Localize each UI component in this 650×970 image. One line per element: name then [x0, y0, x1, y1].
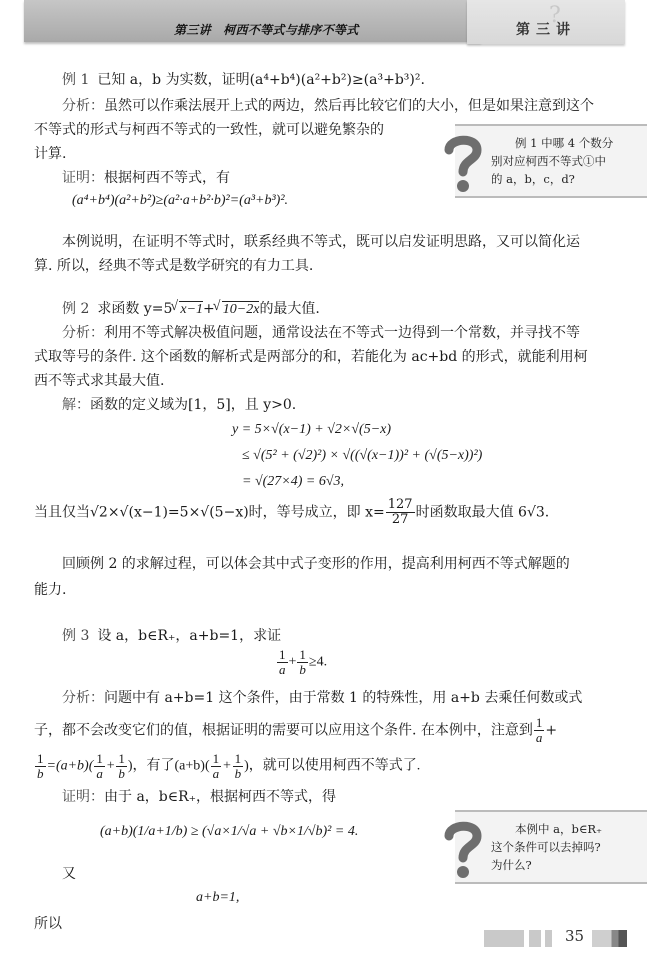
- hint1-line2: 别对应柯西不等式①中: [491, 152, 643, 170]
- example3-proof-line: 证明：由于 a，b∈R₊，根据柯西不等式，得: [62, 785, 336, 809]
- example3-condition: a+b=1,: [196, 886, 239, 910]
- footer-decor-bar: [545, 930, 552, 947]
- frac-num: 1: [534, 716, 545, 731]
- example1-analysis-line2: 不等式的形式与柯西不等式的一致性，就可以避免繁杂的: [34, 118, 384, 142]
- fraction-1-over-b: 1b: [297, 648, 308, 677]
- frac-num: 1: [94, 752, 105, 767]
- example2-equality-post: 时函数取最大值 6√3.: [416, 505, 550, 521]
- running-title: 第三讲 柯西不等式与排序不等式: [174, 21, 359, 38]
- example3-analysis-line1: 分析：问题中有 a+b=1 这个条件，由于常数 1 的特殊性，用 a+b 去乘任…: [62, 686, 582, 710]
- frac-num: 1: [211, 752, 222, 767]
- example2-text-pre: 求函数 y=5: [97, 301, 172, 317]
- fraction-127-27: 12727: [386, 498, 415, 527]
- fraction-1-over-b: 1b: [233, 752, 244, 781]
- example2-step2: ≤ √(5² + (√2)²) × √((√(x−1))² + (√(5−x))…: [242, 444, 482, 468]
- frac-den: b: [35, 767, 46, 781]
- frac-num: 1: [116, 752, 127, 767]
- frac-den: b: [297, 663, 308, 677]
- hint-text-example1: 例 1 中哪 4 个数分 别对应柯西不等式①中 的 a，b，c，d?: [491, 134, 643, 188]
- frac-den: b: [116, 767, 127, 781]
- frac-num: 1: [35, 752, 46, 767]
- example2-label: 例 2: [62, 301, 89, 317]
- example3-analysis-line2: 子，都不会改变它们的值，根据证明的需要可以应用这个条件. 在本例中，注意到1a+: [34, 716, 557, 745]
- chapter-tab-label: 第三讲: [467, 19, 625, 39]
- question-mark-icon: [441, 134, 483, 194]
- remark2-line2: 能力.: [34, 578, 66, 602]
- footer-decor-bar: [484, 930, 524, 947]
- example1-proof-line: 证明：根据柯西不等式，有: [62, 166, 230, 190]
- example3-proof-label: 证明：: [62, 789, 104, 805]
- hint2-line2: 这个条件可以去掉吗?: [491, 838, 643, 856]
- frac-num: 1: [297, 648, 308, 663]
- fraction-1-over-a: 1a: [211, 752, 222, 781]
- example2-analysis-line3: 西不等式求其最大值.: [34, 369, 164, 393]
- example1-analysis-label: 分析：: [62, 98, 104, 114]
- example2-solution: 解：函数的定义域为[1，5]，且 y>0.: [62, 393, 296, 417]
- remark2-line1: 回顾例 2 的求解过程，可以体会其中式子变形的作用，提高利用柯西不等式解题的: [62, 552, 570, 576]
- fraction-1-over-a: 1a: [534, 716, 545, 745]
- frac-den: a: [94, 767, 105, 781]
- frac-num: 1: [277, 648, 288, 663]
- example3-goal: 1a+1b≥4.: [276, 648, 327, 677]
- goal-end: ≥4.: [309, 655, 327, 670]
- example1-analysis-text1: 虽然可以作乘法展开上式的两边，然后再比较它们的大小，但是如果注意到这个: [104, 98, 594, 114]
- example2-equality: 当且仅当√2×√(x−1)=5×√(5−x)时，等号成立，即 x=12727时函…: [34, 498, 549, 527]
- frac-den: a: [534, 731, 545, 745]
- example1-proof-formula: (a⁴+b⁴)(a²+b²)≥(a²·a+b²·b)²=(a³+b³)².: [72, 189, 288, 213]
- example3-statement: 例 3设 a，b∈R₊，a+b=1，求证: [62, 624, 281, 648]
- hint2-line3: 为什么?: [491, 856, 643, 874]
- example2-step3: = √(27×4) = 6√3,: [242, 470, 344, 494]
- line3-part-b: )，有了(a+b)(: [128, 759, 210, 774]
- remark1-line1: 本例说明，在证明不等式时，联系经典不等式，既可以启发证明思路，又可以简化运: [62, 230, 580, 254]
- example3-again: 又: [62, 862, 76, 886]
- example1-analysis-line1: 分析：虽然可以作乘法展开上式的两边，然后再比较它们的大小，但是如果注意到这个: [62, 94, 622, 118]
- example3-label: 例 3: [62, 628, 89, 644]
- frac-den: 27: [390, 513, 411, 527]
- fraction-1-over-a: 1a: [277, 648, 288, 677]
- example2-solution-label: 解：: [62, 397, 90, 413]
- example2-sqrt1: x−1: [179, 301, 203, 317]
- frac-den: b: [233, 767, 244, 781]
- example3-therefore: 所以: [34, 912, 62, 936]
- question-mark-icon: [441, 820, 483, 880]
- example3-analysis-text2: 子，都不会改变它们的值，根据证明的需要可以应用这个条件. 在本例中，注意到: [34, 723, 533, 739]
- fraction-1-over-b: 1b: [116, 752, 127, 781]
- chapter-tab: ? 第三讲: [467, 0, 625, 44]
- hint-box-example1: 例 1 中哪 4 个数分 别对应柯西不等式①中 的 a，b，c，d?: [455, 124, 647, 198]
- example3-text: 设 a，b∈R₊，a+b=1，求证: [97, 628, 281, 644]
- example3-analysis-text1: 问题中有 a+b=1 这个条件，由于常数 1 的特殊性，用 a+b 去乘任何数或…: [104, 690, 582, 706]
- fraction-1-over-b: 1b: [35, 752, 46, 781]
- example2-analysis-line2: 式取等号的条件. 这个函数的解析式是两部分的和，若能化为 ac+bd 的形式，就…: [34, 345, 588, 369]
- line3-part-a: =(a+b)(: [47, 759, 94, 774]
- fraction-1-over-a: 1a: [94, 752, 105, 781]
- example2-analysis-line1: 分析：利用不等式解决极值问题，通常设法在不等式一边得到一个常数，并寻找不等: [62, 321, 580, 345]
- example2-sqrt2: 10−2x: [222, 301, 260, 317]
- example1-analysis-line3: 计算.: [34, 142, 66, 166]
- hint1-line3: 的 a，b，c，d?: [491, 170, 643, 188]
- remark1-line2: 算. 所以，经典不等式是数学研究的有力工具.: [34, 254, 313, 278]
- page-number: 35: [565, 927, 584, 945]
- line3-part-c: )，就可以使用柯西不等式了.: [244, 759, 420, 774]
- footer-decor-bar: [529, 930, 541, 947]
- example1-text: 已知 a，b 为实数，证明(a⁴+b⁴)(a²+b²)≥(a³+b³)².: [97, 72, 425, 88]
- hint-box-example3: 本例中 a，b∈R₊ 这个条件可以去掉吗? 为什么?: [455, 810, 647, 884]
- frac-den: a: [211, 767, 222, 781]
- example2-equality-pre: 当且仅当√2×√(x−1)=5×√(5−x)时，等号成立，即 x=: [34, 505, 385, 521]
- example1-proof-text: 根据柯西不等式，有: [104, 170, 230, 186]
- example3-proof-formula: (a+b)(1/a+1/b) ≥ (√a×1/√a + √b×1/√b)² = …: [100, 820, 358, 844]
- frac-num: 1: [233, 752, 244, 767]
- example2-analysis-label: 分析：: [62, 325, 104, 341]
- example1-label: 例 1: [62, 72, 89, 88]
- example1-statement: 例 1已知 a，b 为实数，证明(a⁴+b⁴)(a²+b²)≥(a³+b³)².: [62, 68, 425, 92]
- footer-decor-bar: [592, 930, 627, 947]
- frac-num: 127: [386, 498, 415, 513]
- example3-proof-text: 由于 a，b∈R₊，根据柯西不等式，得: [104, 789, 336, 805]
- example2-analysis-text1: 利用不等式解决极值问题，通常设法在不等式一边得到一个常数，并寻找不等: [104, 325, 580, 341]
- goal-plus: +: [289, 655, 297, 670]
- hint-text-example3: 本例中 a，b∈R₊ 这个条件可以去掉吗? 为什么?: [491, 820, 643, 874]
- example2-solution-text: 函数的定义域为[1，5]，且 y>0.: [90, 397, 296, 413]
- example3-analysis-line3: 1b=(a+b)(1a+1b)，有了(a+b)(1a+1b)，就可以使用柯西不等…: [34, 752, 420, 781]
- hint1-line1: 例 1 中哪 4 个数分: [491, 134, 643, 152]
- frac-den: a: [277, 663, 288, 677]
- example1-proof-label: 证明：: [62, 170, 104, 186]
- example2-step1: y = 5×√(x−1) + √2×√(5−x): [232, 418, 391, 442]
- example2-statement: 例 2求函数 y=5x−1+10−2x的最大值.: [62, 297, 320, 321]
- running-header: 第三讲 柯西不等式与排序不等式: [24, 0, 481, 42]
- example2-text-post: 的最大值.: [259, 301, 319, 317]
- hint2-line1: 本例中 a，b∈R₊: [491, 820, 643, 838]
- example3-analysis-label: 分析：: [62, 690, 104, 706]
